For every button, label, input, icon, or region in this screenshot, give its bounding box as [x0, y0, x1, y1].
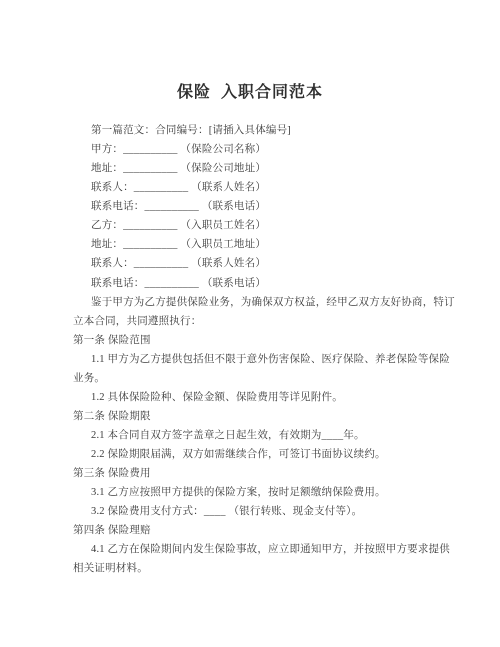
contract-document-page: 保险 入职合同范本 第一篇范文：合同编号：[请插入具体编号] 甲方：______… [0, 0, 500, 647]
doc-line-1-1a: 1.1 甲方为乙方提供包括但不限于意外伤害保险、医疗保险、养老保险等保险 [73, 350, 463, 369]
doc-line-preamble-1: 鉴于甲方为乙方提供保险业务，为确保双方权益，经甲乙双方友好协商，特订 [73, 293, 463, 312]
doc-line-3-2: 3.2 保险费用支付方式：____ （银行转账、现金支付等）。 [73, 502, 463, 521]
doc-line-4-1a: 4.1 乙方在保险期间内发生保险事故，应立即通知甲方，并按照甲方要求提供 [73, 540, 463, 559]
doc-line-party-a-address: 地址：__________ （保险公司地址） [73, 159, 463, 178]
doc-heading-clause-3: 第三条 保险费用 [73, 464, 463, 483]
document-body: 第一篇范文：合同编号：[请插入具体编号] 甲方：__________ （保险公司… [73, 121, 463, 579]
doc-heading-clause-2: 第二条 保险期限 [73, 407, 463, 426]
doc-line-party-b-address: 地址：__________ （入职员工地址） [73, 235, 463, 254]
document-title: 保险 入职合同范本 [0, 79, 500, 102]
doc-line-1-2: 1.2 具体保险险种、保险金额、保险费用等详见附件。 [73, 388, 463, 407]
doc-heading-clause-1: 第一条 保险范围 [73, 331, 463, 350]
doc-line-template-header: 第一篇范文：合同编号：[请插入具体编号] [73, 121, 463, 140]
doc-line-party-b-phone: 联系电话：__________ （联系电话） [73, 274, 463, 293]
doc-line-2-1: 2.1 本合同自双方签字盖章之日起生效，有效期为____年。 [73, 426, 463, 445]
doc-line-party-b-contact: 联系人：__________ （联系人姓名） [73, 254, 463, 273]
doc-line-preamble-2: 立本合同，共同遵照执行： [73, 312, 463, 331]
doc-line-3-1: 3.1 乙方应按照甲方提供的保险方案，按时足额缴纳保险费用。 [73, 483, 463, 502]
doc-line-4-1b: 相关证明材料。 [73, 559, 463, 578]
doc-line-1-1b: 业务。 [73, 369, 463, 388]
doc-line-party-a-contact: 联系人：__________ （联系人姓名） [73, 178, 463, 197]
doc-line-party-a-name: 甲方：__________ （保险公司名称） [73, 140, 463, 159]
doc-line-party-b-name: 乙方：__________ （入职员工姓名） [73, 216, 463, 235]
doc-line-2-2: 2.2 保险期限届满，双方如需继续合作，可签订书面协议续约。 [73, 445, 463, 464]
doc-line-party-a-phone: 联系电话：__________ （联系电话） [73, 197, 463, 216]
doc-heading-clause-4: 第四条 保险理赔 [73, 521, 463, 540]
